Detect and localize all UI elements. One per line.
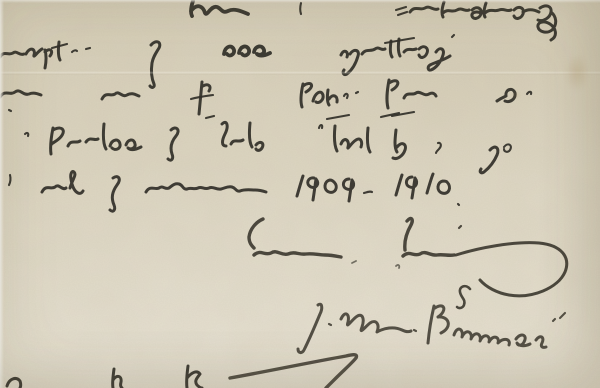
paper-stain-small xyxy=(508,88,524,102)
paper-crease xyxy=(0,71,600,75)
paper-edge-top xyxy=(0,0,600,3)
pen-tick xyxy=(300,3,301,14)
paper-grain-texture xyxy=(0,0,600,388)
handwriting-layer xyxy=(0,0,600,388)
ink-speck xyxy=(9,110,11,111)
paper-edge-left xyxy=(0,0,4,388)
word-truly-dot xyxy=(459,226,461,228)
letter-photograph xyxy=(0,0,600,388)
period xyxy=(458,204,459,205)
paper-stain xyxy=(560,46,594,100)
